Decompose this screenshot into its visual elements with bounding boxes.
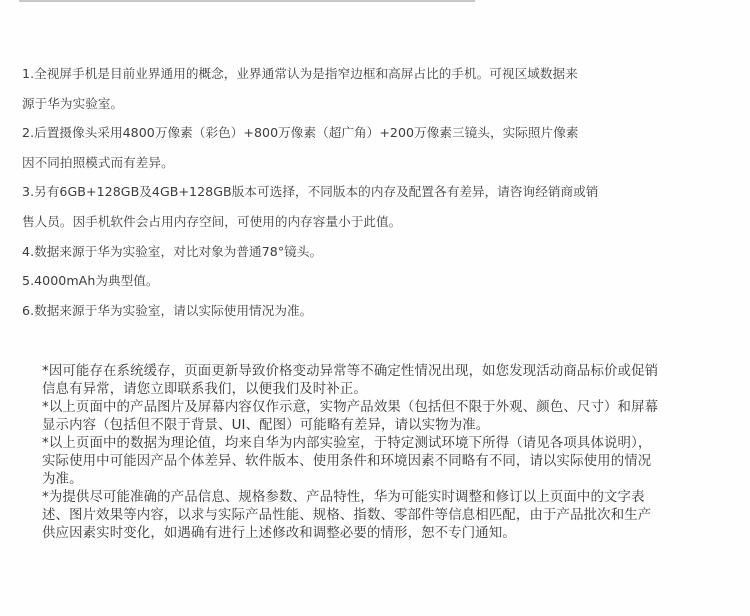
disclaimer-line: 实际使用中可能因产品个体差异、软件版本、使用条件和环境因素不同略有不同，请以实际… bbox=[42, 453, 742, 471]
disclaimer-block: *因可能存在系统缓存，页面更新导致价格变动异常等不确定性情况出现，如您发现活动商… bbox=[42, 363, 742, 543]
note-line: 源于华为实验室。 bbox=[22, 89, 722, 119]
disclaimer-line: 信息有异常，请您立即联系我们，以便我们及时补正。 bbox=[42, 381, 742, 399]
disclaimer-line: *以上页面中的产品图片及屏幕内容仅作示意，实物产品效果（包括但不限于外观、颜色、… bbox=[42, 399, 742, 417]
note-line: 因不同拍照模式而有差异。 bbox=[22, 148, 722, 178]
product-notes-list: 1.全视屏手机是目前业界通用的概念，业界通常认为是指窄边框和高屏占比的手机。可视… bbox=[22, 59, 722, 325]
note-line: 1.全视屏手机是目前业界通用的概念，业界通常认为是指窄边框和高屏占比的手机。可视… bbox=[22, 59, 722, 89]
disclaimer-line: 显示内容（包括但不限于背景、UI、配图）可能略有差异，请以实物为准。 bbox=[42, 417, 742, 435]
note-line: 2.后置摄像头采用4800万像素（彩色）+800万像素（超广角）+200万像素三… bbox=[22, 118, 722, 148]
disclaimer-line: *因可能存在系统缓存，页面更新导致价格变动异常等不确定性情况出现，如您发现活动商… bbox=[42, 363, 742, 381]
disclaimer-line: *以上页面中的数据为理论值，均来自华为内部实验室，于特定测试环境下所得（请见各项… bbox=[42, 435, 742, 453]
note-line: 售人员。因手机软件会占用内存空间，可使用的内存容量小于此值。 bbox=[22, 207, 722, 237]
disclaimer-line: 供应因素实时变化，如遇确有进行上述修改和调整必要的情形，恕不专门通知。 bbox=[42, 525, 742, 543]
note-line: 5.4000mAh为典型值。 bbox=[22, 266, 722, 296]
disclaimer-line: *为提供尽可能准确的产品信息、规格参数、产品特性，华为可能实时调整和修订以上页面… bbox=[42, 489, 742, 507]
disclaimer-line: 为准。 bbox=[42, 471, 742, 489]
disclaimer-line: 述、图片效果等内容，以求与实际产品性能、规格、指数、零部件等信息相匹配，由于产品… bbox=[42, 507, 742, 525]
note-line: 6.数据来源于华为实验室，请以实际使用情况为准。 bbox=[22, 296, 722, 326]
top-divider bbox=[19, 0, 475, 2]
note-line: 3.另有6GB+128GB及4GB+128GB版本可选择，不同版本的内存及配置各… bbox=[22, 177, 722, 207]
note-line: 4.数据来源于华为实验室，对比对象为普通78°镜头。 bbox=[22, 237, 722, 267]
